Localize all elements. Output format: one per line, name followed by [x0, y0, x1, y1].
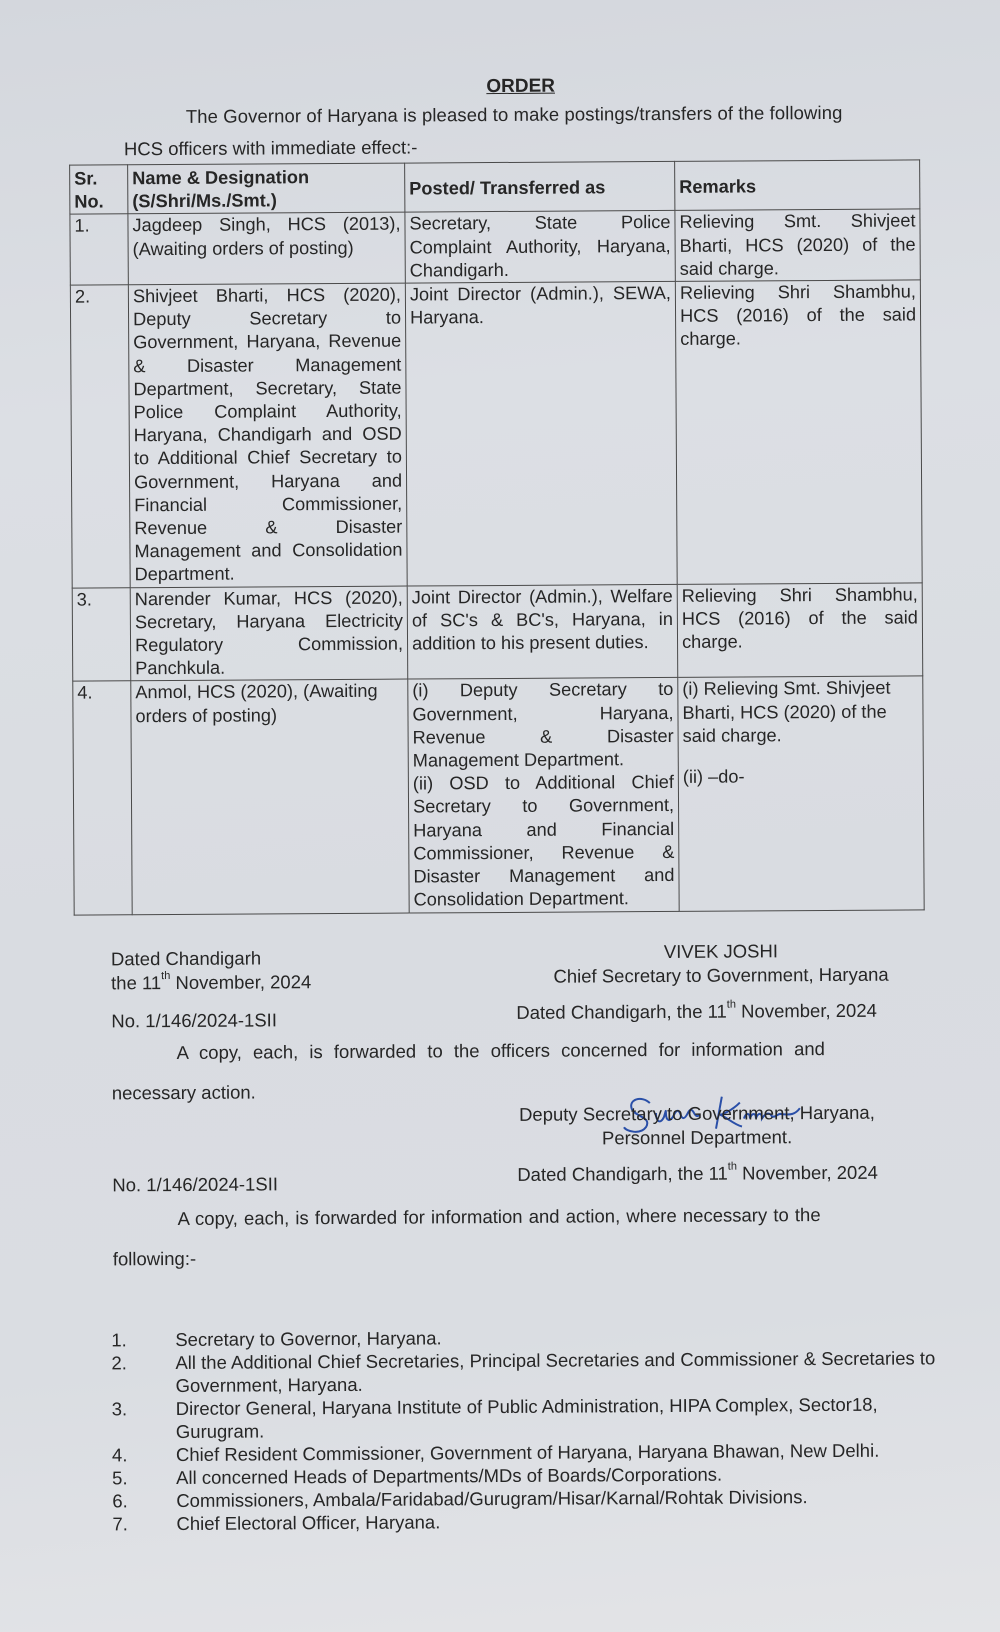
header-posted-transferred: Posted/ Transferred as — [405, 161, 675, 212]
table-row: 2. Shivjeet Bharti, HCS (2020), Deputy S… — [70, 280, 922, 588]
cell-remarks: (i) Relieving Smt. Shivjeet Bharti, HCS … — [678, 676, 924, 911]
endorsement-2-text-line1: A copy, each, is forwarded for informati… — [177, 1204, 820, 1230]
header-name-designation: Name & Designation (S/Shri/Ms./Smt.) — [128, 163, 405, 214]
cell-name: Narender Kumar, HCS (2020), Secretary, H… — [130, 586, 408, 682]
posted-item-ii: (ii) OSD to Additional Chief Secretary t… — [413, 771, 675, 912]
remarks-item-i: (i) Relieving Smt. Shivjeet Bharti, HCS … — [682, 677, 918, 748]
cell-name: Shivjeet Bharti, HCS (2020), Deputy Secr… — [128, 283, 407, 587]
header-sr-no: Sr. No. — [70, 165, 128, 215]
endorsement-1-text-line1: A copy, each, is forwarded to the office… — [176, 1038, 825, 1064]
recipient-item: 2.All the Additional Chief Secretaries, … — [111, 1346, 935, 1397]
header-remarks: Remarks — [675, 160, 920, 211]
table-row: 1. Jagdeep Singh, HCS (2013), (Awaiting … — [70, 209, 920, 285]
postings-table: Sr. No. Name & Designation (S/Shri/Ms./S… — [69, 159, 925, 915]
intro-line-2: HCS officers with immediate effect:- — [124, 136, 418, 160]
cell-sr: 1. — [70, 214, 128, 285]
signatory-name: VIVEK JOSHI — [536, 940, 906, 964]
table-row: 4. Anmol, HCS (2020), (Awaiting orders o… — [73, 676, 924, 914]
cell-remarks: Relieving Smt. Shivjeet Bharti, HCS (202… — [675, 209, 920, 281]
cell-name: Jagdeep Singh, HCS (2013), (Awaiting ord… — [128, 212, 405, 284]
table-row: 3. Narender Kumar, HCS (2020), Secretary… — [72, 583, 923, 682]
dated-place: Dated Chandigarh — [111, 947, 261, 970]
order-document: ORDER The Governor of Haryana is pleased… — [0, 0, 1000, 1632]
endorsement-1-date: Dated Chandigarh, the 11th November, 202… — [516, 1000, 877, 1024]
cell-sr: 3. — [72, 587, 131, 681]
cell-posted: (i) Deputy Secretary to Government, Hary… — [408, 678, 679, 913]
recipient-item: 7.Chief Electoral Officer, Haryana. — [112, 1507, 936, 1535]
remarks-item-ii: (ii) –do- — [683, 765, 919, 790]
cell-sr: 2. — [70, 285, 130, 588]
posted-item-i: (i) Deputy Secretary to Government, Hary… — [412, 678, 674, 772]
recipient-item: 3.Director General, Haryana Institute of… — [112, 1392, 936, 1443]
endorsement-1-text-line2: necessary action. — [112, 1081, 256, 1104]
cell-posted: Secretary, State Police Complaint Author… — [405, 211, 675, 283]
cell-remarks: Relieving Shri Shambhu, HCS (2016) of th… — [675, 280, 922, 584]
dated-date: the 11th November, 2024 — [111, 971, 311, 994]
recipients-list: 1.Secretary to Governor, Haryana. 2.All … — [111, 1323, 936, 1535]
document-title: ORDER — [0, 73, 1000, 101]
endorsement-2-date: Dated Chandigarh, the 11th November, 202… — [517, 1162, 878, 1186]
table-header-row: Sr. No. Name & Designation (S/Shri/Ms./S… — [70, 160, 920, 215]
cell-posted: Joint Director (Admin.), Welfare of SC's… — [407, 584, 678, 679]
intro-line-1: The Governor of Haryana is pleased to ma… — [186, 102, 843, 128]
endorsement-1-number: No. 1/146/2024-1SII — [111, 1009, 277, 1032]
signatory-title: Chief Secretary to Government, Haryana — [536, 964, 906, 988]
cell-name: Anmol, HCS (2020), (Awaiting orders of p… — [131, 680, 409, 915]
endorsement-1-signatory-title: Deputy Secretary to Government, Haryana, — [502, 1102, 892, 1126]
cell-remarks: Relieving Shri Shambhu, HCS (2016) of th… — [677, 583, 923, 678]
endorsement-2-number: No. 1/146/2024-1SII — [112, 1173, 278, 1196]
cell-posted: Joint Director (Admin.), SEWA, Haryana. — [405, 281, 677, 585]
endorsement-1-signatory-dept: Personnel Department. — [502, 1126, 892, 1150]
endorsement-2-text-line2: following:- — [113, 1248, 196, 1271]
cell-sr: 4. — [73, 681, 132, 914]
